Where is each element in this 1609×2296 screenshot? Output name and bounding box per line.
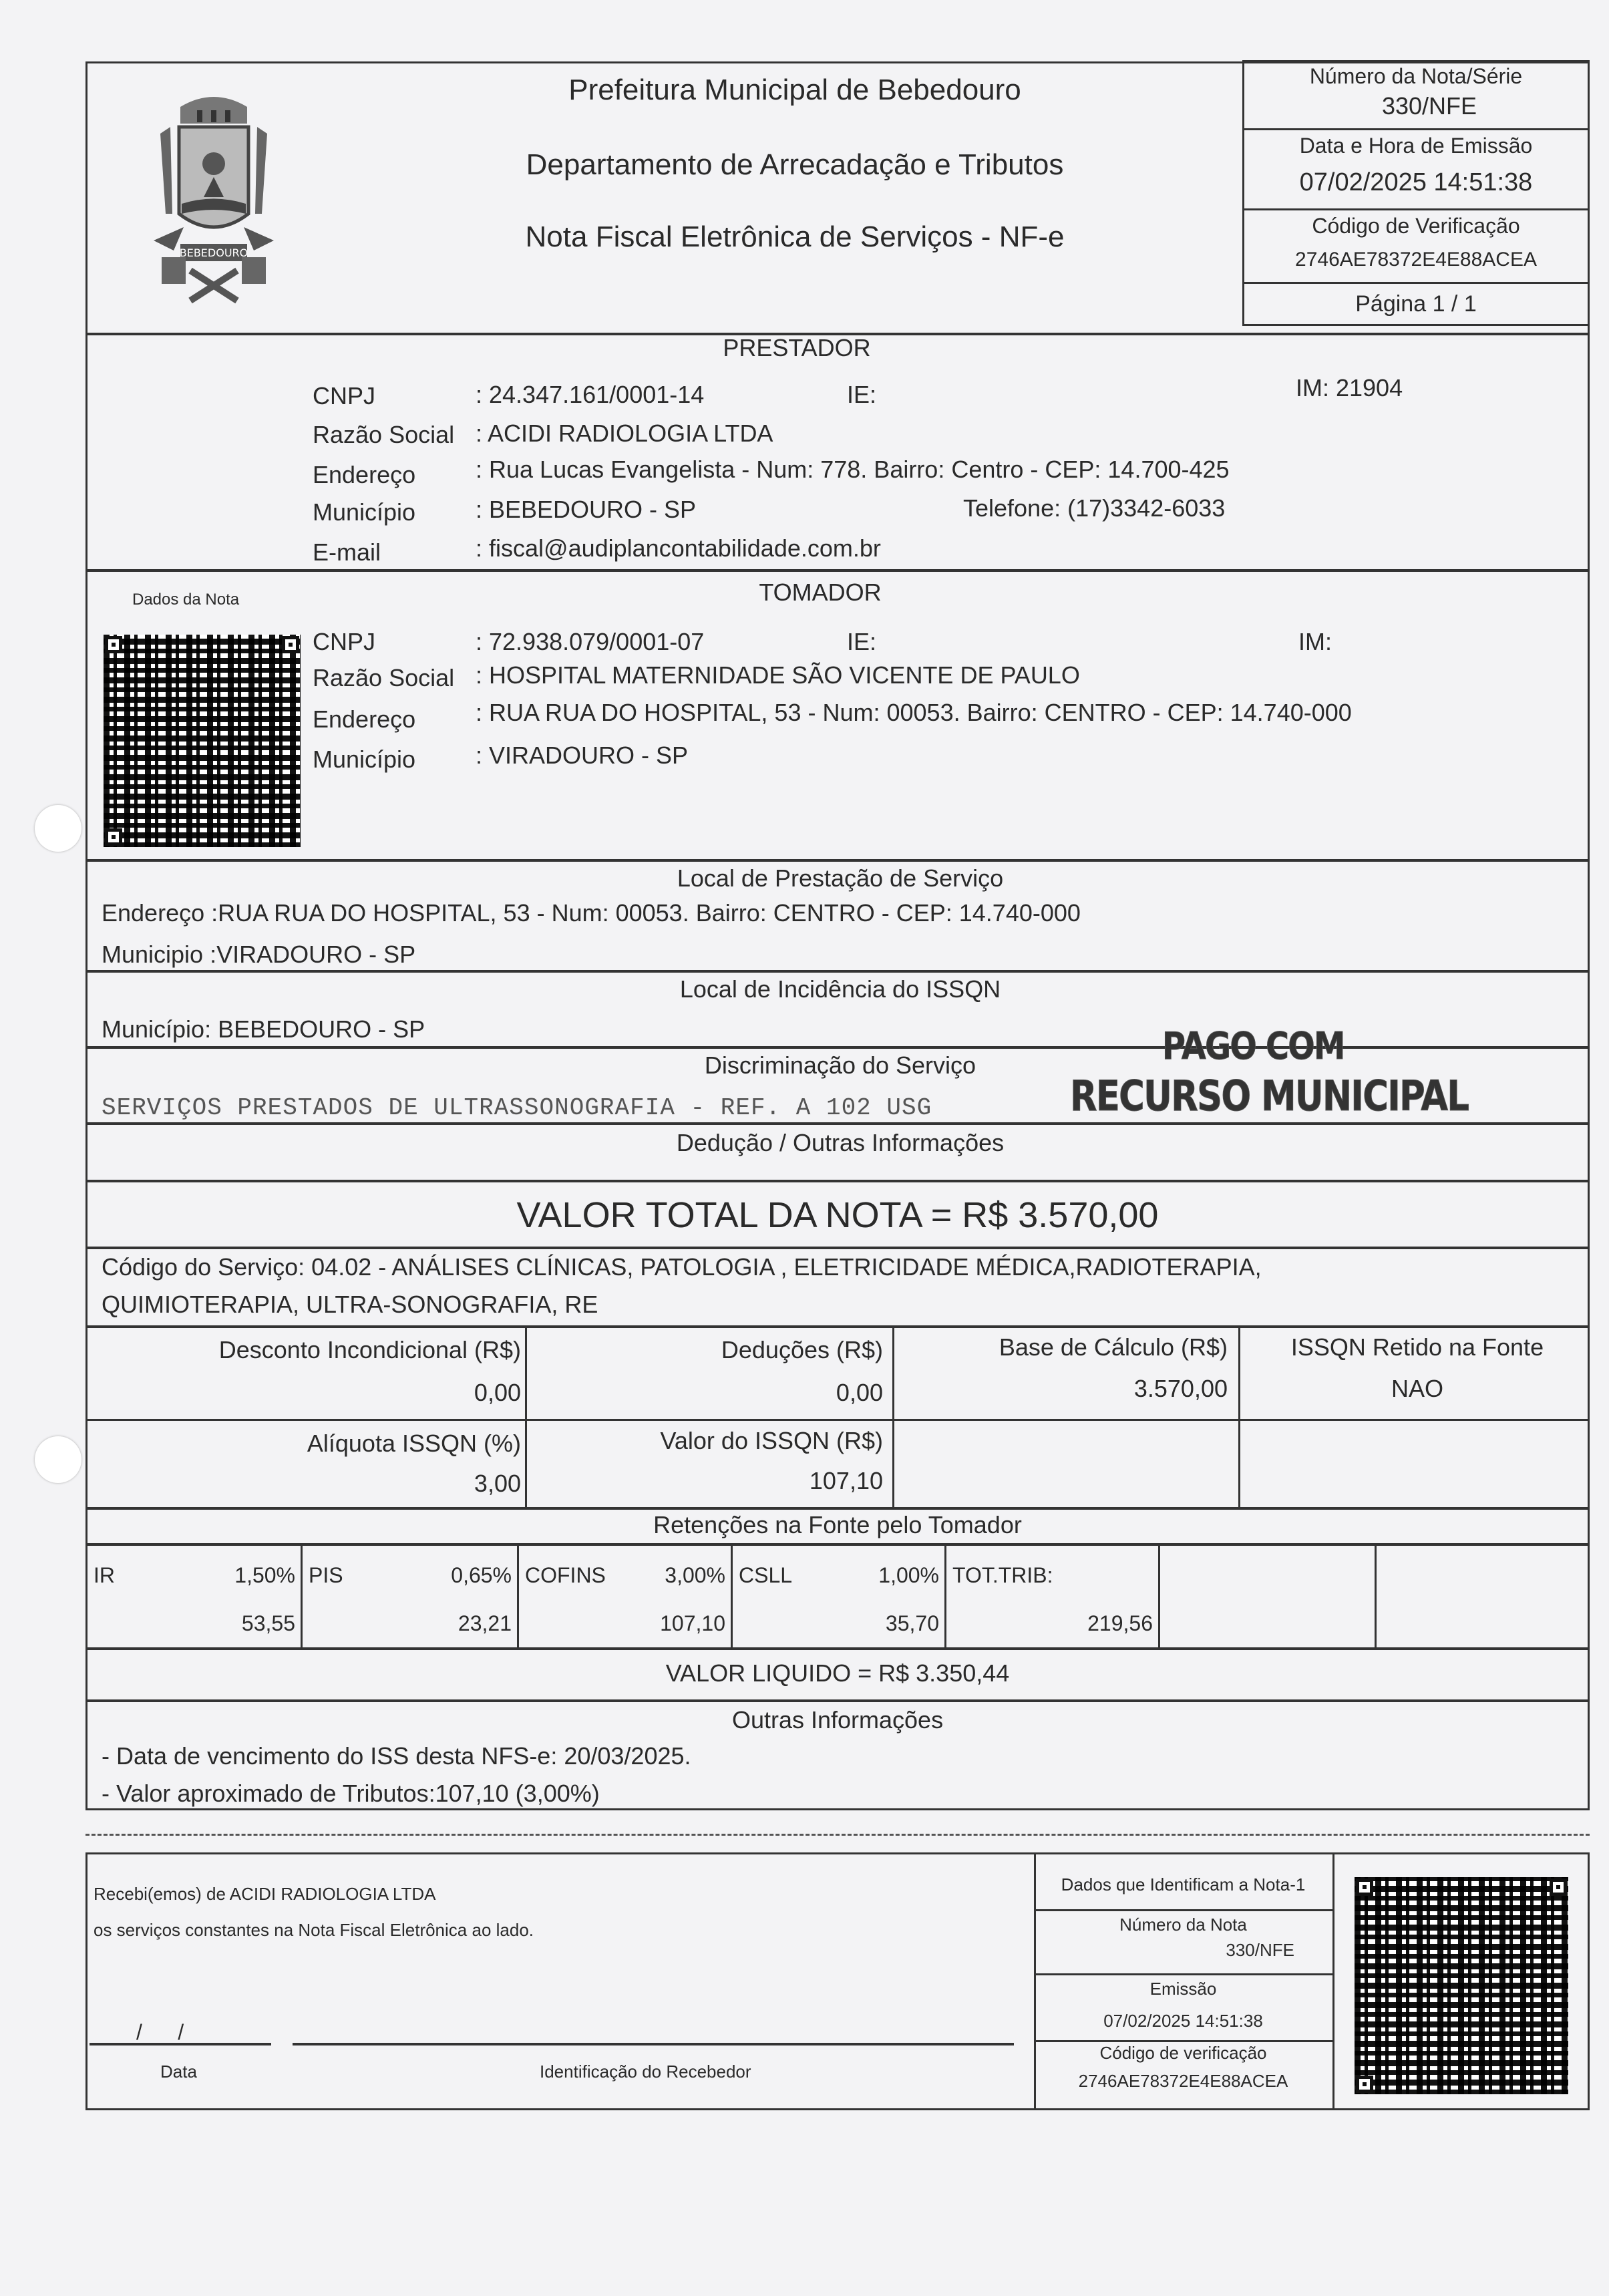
local-incidencia-title: Local de Incidência do ISSQN bbox=[85, 975, 1595, 1003]
header-municipality: Prefeitura Municipal de Bebedouro bbox=[427, 73, 1162, 107]
tomador-municipio-value: : VIRADOURO - SP bbox=[476, 742, 688, 770]
invoice-number-value: 330/NFE bbox=[1256, 92, 1603, 120]
invoice-number-label: Número da Nota/Série bbox=[1242, 64, 1590, 89]
retencao-1-value: 23,21 bbox=[302, 1611, 512, 1636]
receipt-date-slashes: / / bbox=[136, 2020, 184, 2045]
prestador-endereco-value: : Rua Lucas Evangelista - Num: 778. Bair… bbox=[476, 456, 1230, 484]
page-indicator: Página 1 / 1 bbox=[1242, 291, 1590, 317]
issqn-retido-label: ISSQN Retido na Fonte bbox=[1245, 1333, 1590, 1361]
receipt-signature-line[interactable] bbox=[293, 2043, 1014, 2045]
prestador-telefone: Telefone: (17)3342-6033 bbox=[963, 494, 1225, 522]
receipt-date-label: Data bbox=[160, 2062, 197, 2082]
valor-total: VALOR TOTAL DA NOTA = R$ 3.570,00 bbox=[85, 1194, 1590, 1236]
deducoes-label: Deduções (R$) bbox=[534, 1336, 883, 1364]
tomador-endereco-label: Endereço bbox=[313, 705, 415, 733]
outras-line2: - Valor aproximado de Tributos:107,10 (3… bbox=[102, 1780, 600, 1808]
paid-stamp-line2: RECURSO MUNICIPAL bbox=[1070, 1072, 1468, 1120]
punch-hole bbox=[35, 805, 81, 852]
receipt-codigo-value: 2746AE78372E4E88ACEA bbox=[1034, 2071, 1332, 2092]
nota-qr-code[interactable] bbox=[104, 635, 301, 847]
prestador-email-label: E-mail bbox=[313, 538, 381, 566]
retencao-3-value: 35,70 bbox=[732, 1611, 939, 1636]
receipt-codigo-label: Código de verificação bbox=[1034, 2043, 1332, 2064]
retencao-2-rate: 3,00% bbox=[518, 1563, 725, 1588]
tomador-cnpj-value: : 72.938.079/0001-07 bbox=[476, 628, 704, 656]
prestador-endereco-label: Endereço bbox=[313, 461, 415, 489]
prestador-im-label: IM: 21904 bbox=[1296, 374, 1403, 402]
tomador-municipio-label: Município bbox=[313, 746, 415, 774]
valor-issqn-label: Valor do ISSQN (R$) bbox=[534, 1427, 883, 1455]
codigo-servico-line1: Código do Serviço: 04.02 - ANÁLISES CLÍN… bbox=[102, 1253, 1262, 1281]
retencao-2-value: 107,10 bbox=[518, 1611, 725, 1636]
base-calculo-label: Base de Cálculo (R$) bbox=[902, 1333, 1228, 1361]
emission-label: Data e Hora de Emissão bbox=[1242, 134, 1590, 158]
prestador-razao-value: : ACIDI RADIOLOGIA LTDA bbox=[476, 420, 773, 448]
paid-stamp-line1: PAGO COM bbox=[1162, 1025, 1345, 1068]
receipt-line2: os serviços constantes na Nota Fiscal El… bbox=[94, 1920, 534, 1941]
local-prestacao-title: Local de Prestação de Serviço bbox=[85, 864, 1595, 892]
receipt-dados-label: Dados que Identificam a Nota-1 bbox=[1034, 1874, 1332, 1895]
tomador-razao-value: : HOSPITAL MATERNIDADE SÃO VICENTE DE PA… bbox=[476, 661, 1080, 689]
header-department: Departamento de Arrecadação e Tributos bbox=[427, 148, 1162, 182]
desconto-value: 0,00 bbox=[94, 1379, 521, 1407]
prestador-razao-label: Razão Social bbox=[313, 421, 454, 449]
outras-line1: - Data de vencimento do ISS desta NFS-e:… bbox=[102, 1742, 691, 1770]
discriminacao-text: SERVIÇOS PRESTADOS DE ULTRASSONOGRAFIA -… bbox=[102, 1094, 932, 1122]
codigo-servico-line2: QUIMIOTERAPIA, ULTRA-SONOGRAFIA, RE bbox=[102, 1291, 598, 1319]
punch-hole bbox=[35, 1436, 81, 1483]
tomador-ie-label: IE: bbox=[847, 628, 876, 656]
prestador-municipio-label: Município bbox=[313, 498, 415, 526]
prestador-ie-label: IE: bbox=[847, 381, 876, 409]
prestador-email-value: : fiscal@audiplancontabilidade.com.br bbox=[476, 534, 881, 562]
cut-line bbox=[85, 1834, 1590, 1836]
prestador-municipio-value: : BEBEDOURO - SP bbox=[476, 496, 696, 524]
emission-datetime: 07/02/2025 14:51:38 bbox=[1242, 168, 1590, 197]
receipt-numero-value: 330/NFE bbox=[1034, 1940, 1294, 1961]
retencao-3-rate: 1,00% bbox=[732, 1563, 939, 1588]
prestador-cnpj-value: : 24.347.161/0001-14 bbox=[476, 381, 704, 409]
receipt-numero-label: Número da Nota bbox=[1034, 1915, 1332, 1935]
receipt-emissao-label: Emissão bbox=[1034, 1979, 1332, 1999]
desconto-label: Desconto Incondicional (R$) bbox=[94, 1336, 521, 1364]
prestador-title: PRESTADOR bbox=[85, 334, 1508, 362]
issqn-retido-value: NAO bbox=[1245, 1375, 1590, 1403]
deducoes-value: 0,00 bbox=[534, 1379, 883, 1407]
outras-title: Outras Informações bbox=[85, 1706, 1590, 1734]
aliquota-value: 3,00 bbox=[94, 1470, 521, 1498]
retencao-1-rate: 0,65% bbox=[302, 1563, 512, 1588]
local-prestacao-municipio: Municipio :VIRADOURO - SP bbox=[102, 941, 415, 969]
receipt-line1: Recebi(emos) de ACIDI RADIOLOGIA LTDA bbox=[94, 1884, 435, 1905]
retencoes-title: Retenções na Fonte pelo Tomador bbox=[85, 1511, 1590, 1539]
local-prestacao-endereco: Endereço :RUA RUA DO HOSPITAL, 53 - Num:… bbox=[102, 899, 1081, 927]
receipt-date-line[interactable] bbox=[90, 2043, 271, 2045]
tomador-endereco-value: : RUA RUA DO HOSPITAL, 53 - Num: 00053. … bbox=[476, 699, 1352, 727]
verification-code-label: Código de Verificação bbox=[1242, 214, 1590, 238]
tomador-im-label: IM: bbox=[1298, 628, 1332, 656]
retencao-0-rate: 1,50% bbox=[87, 1563, 295, 1588]
valor-liquido: VALOR LIQUIDO = R$ 3.350,44 bbox=[85, 1659, 1590, 1687]
svg-text:BEBEDOURO: BEBEDOURO bbox=[180, 247, 248, 259]
receipt-qr-code[interactable] bbox=[1355, 1877, 1568, 2094]
verification-code-value: 2746AE78372E4E88ACEA bbox=[1242, 249, 1590, 271]
retencao-4-value: 219,56 bbox=[946, 1611, 1153, 1636]
local-incidencia-municipio: Município: BEBEDOURO - SP bbox=[102, 1015, 425, 1043]
deducao-title: Dedução / Outras Informações bbox=[85, 1129, 1595, 1157]
valor-issqn-value: 107,10 bbox=[534, 1467, 883, 1495]
tomador-razao-label: Razão Social bbox=[313, 664, 454, 692]
aliquota-label: Alíquota ISSQN (%) bbox=[94, 1430, 521, 1458]
tomador-title: TOMADOR bbox=[85, 579, 1555, 607]
header-document-title: Nota Fiscal Eletrônica de Serviços - NF-… bbox=[427, 220, 1162, 254]
municipal-crest-logo: BEBEDOURO bbox=[134, 87, 294, 307]
prestador-cnpj-label: CNPJ bbox=[313, 382, 375, 410]
tomador-cnpj-label: CNPJ bbox=[313, 628, 375, 656]
base-calculo-value: 3.570,00 bbox=[902, 1375, 1228, 1403]
retencao-0-value: 53,55 bbox=[87, 1611, 295, 1636]
receipt-ident-label: Identificação do Recebedor bbox=[540, 2062, 751, 2082]
retencao-4-label: TOT.TRIB: bbox=[952, 1563, 1053, 1588]
receipt-emissao-value: 07/02/2025 14:51:38 bbox=[1034, 2011, 1332, 2031]
